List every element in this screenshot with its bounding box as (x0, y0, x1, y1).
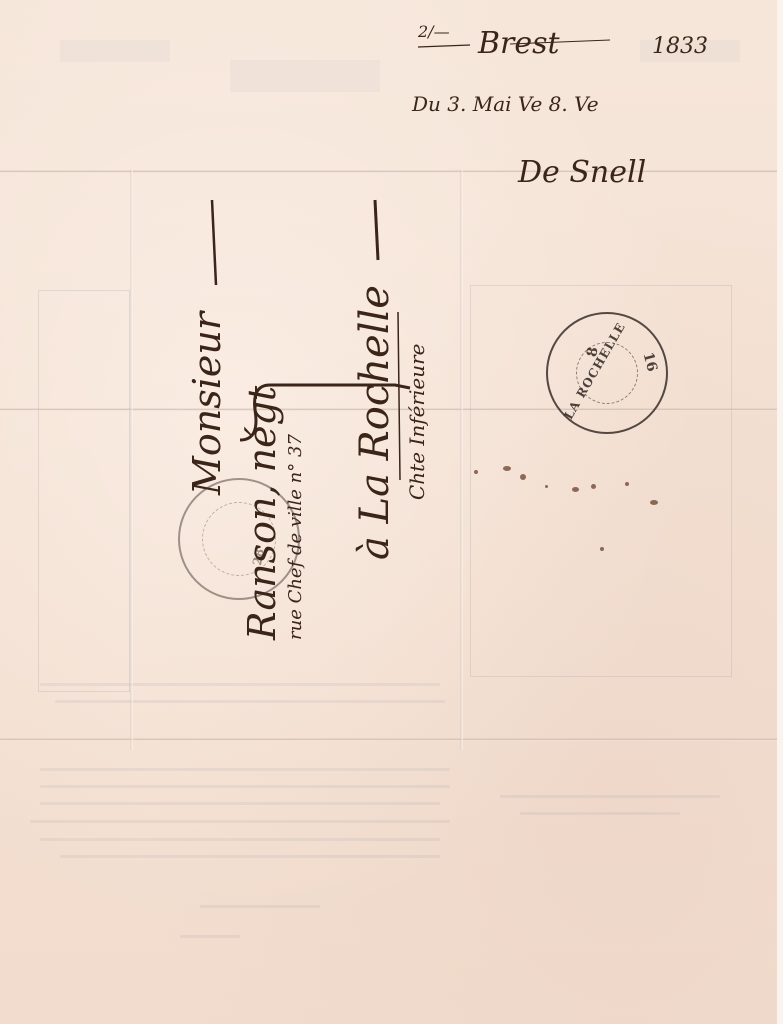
show-through-text-line (200, 905, 320, 908)
show-through-text-line (40, 838, 440, 841)
brest-postmark: 28 (178, 478, 300, 600)
show-through-form-box-left (38, 290, 130, 692)
signature: De Snell (518, 155, 646, 190)
origin-city: Brest (478, 26, 560, 61)
address-city: à La Rochelle (352, 285, 398, 560)
show-through-text-line (55, 700, 445, 703)
folio-fraction: 2/— (418, 22, 450, 41)
show-through-text-line (520, 812, 680, 815)
show-through-header-2 (60, 40, 170, 62)
date-line: Du 3. Mai Ve 8. Ve (412, 92, 599, 116)
postmark-number: 28 (250, 548, 267, 567)
show-through-text-line (40, 683, 440, 686)
fold-line-vertical (130, 170, 133, 750)
fold-line-vertical (460, 170, 463, 750)
year: 1833 (652, 34, 708, 59)
show-through-header (230, 60, 380, 92)
show-through-text-line (40, 785, 450, 788)
show-through-text-line (40, 802, 440, 805)
show-through-text-line (500, 795, 720, 798)
la-rochelle-postmark: LA ROCHELLE 16 8 (546, 312, 668, 434)
show-through-text-line (40, 768, 450, 771)
fold-line (0, 170, 783, 173)
letter-scan: 2/— Brest 1833 Du 3. Mai Ve 8. Ve De Sne… (0, 0, 783, 1024)
show-through-text-line (30, 820, 450, 823)
show-through-text-line (180, 935, 240, 938)
postmark-inner-ring (202, 502, 276, 576)
show-through-text-line (60, 855, 440, 858)
paper-edge (777, 0, 783, 1024)
address-salutation: Monsieur (185, 312, 229, 495)
postmark-number: 16 (639, 351, 659, 374)
address-department: Chte Inférieure (405, 343, 429, 500)
fold-line (0, 738, 783, 741)
